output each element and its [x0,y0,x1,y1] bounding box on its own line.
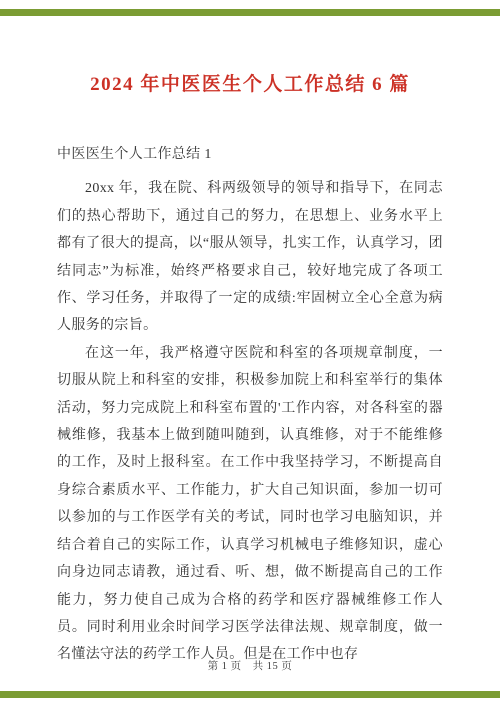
document-title: 2024 年中医医生个人工作总结 6 篇 [0,73,500,97]
top-accent-bar [0,9,500,16]
paragraph: 在这一年，我严格遵守医院和科室的各项规章制度，一切服从院上和科室的安排，积极参加… [57,340,443,669]
document-body: 中医医生个人工作总结 1 20xx 年，我在院、科两级领导的领导和指导下，在同志… [57,141,443,669]
paragraph: 20xx 年，我在院、科两级领导的领导和指导下，在同志们的热心帮助下，通过自己的… [57,175,443,339]
section-heading: 中医医生个人工作总结 1 [57,141,443,168]
page-number-footer: 第 1 页 共 15 页 [0,658,500,673]
bottom-accent-bar [0,691,500,698]
document-page: 2024 年中医医生个人工作总结 6 篇 中医医生个人工作总结 1 20xx 年… [0,0,500,707]
